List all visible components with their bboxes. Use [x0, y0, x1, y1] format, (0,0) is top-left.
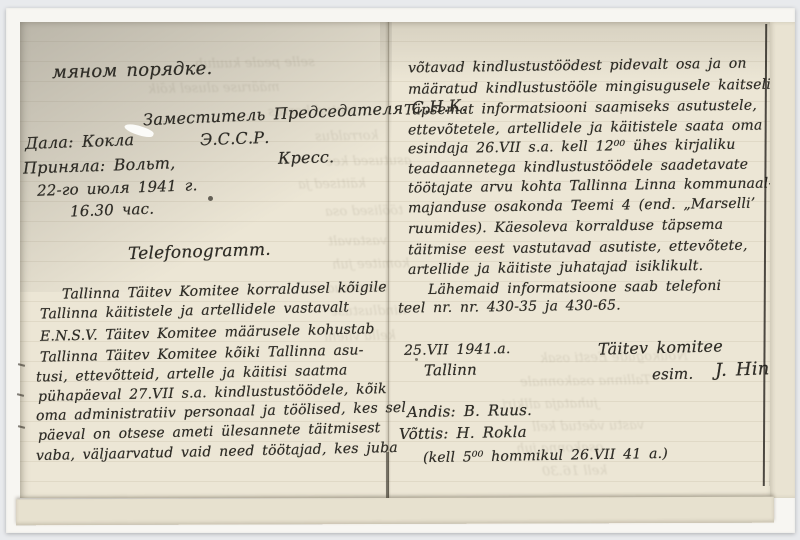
bleedthrough-text: selle peale kuulub — [195, 55, 315, 72]
bleedthrough-text: asutused kee — [325, 153, 412, 170]
body-line: artellide ja käitiste juhatajad isikliku… — [408, 258, 703, 278]
page-gutter-line — [388, 22, 389, 498]
footer-took-line: Võttis: H. Rokla — [399, 423, 527, 443]
bleedthrough-text: kell 16.30 — [542, 463, 608, 479]
photo-background: selle peale kuulub määruse alusel kõik t… — [0, 0, 800, 540]
received-date-line: 22-го июля 1941 г. — [37, 176, 198, 200]
document-title: Telefonogramm. — [128, 240, 271, 264]
signature-organization: Täitev komitee — [598, 336, 723, 358]
page-edge-mark — [18, 425, 25, 429]
bleedthrough-text: määruse alusel kõik — [148, 80, 280, 97]
body-line: päeval on otsese ameti ülesannete täitmi… — [38, 420, 381, 444]
body-line: ettevõtetele, artellidele ja käitistele … — [408, 118, 763, 139]
body-line: vaba, väljaarvatud vaid need töötajad, k… — [36, 440, 398, 464]
received-time-line: 16.30 час. — [70, 200, 155, 221]
body-line: teadaannetega kindlustustöödele saadetav… — [408, 157, 748, 178]
bleedthrough-text: Tallinna osakonnale — [520, 373, 651, 390]
ink-speck — [415, 358, 418, 361]
date-place-date: 25.VII 1941.a. — [404, 341, 511, 359]
official-sender-org: Э.С.С.Р. — [200, 128, 270, 149]
bleedthrough-text: vastavalt — [328, 233, 387, 249]
footer-time-line: (kell 5⁰⁰ hommikul 26.VII 41 a.) — [423, 446, 668, 466]
page-edge-mark — [17, 393, 24, 397]
body-line: ruumides). Käesoleva korralduse täpsema — [408, 217, 723, 237]
underlying-page-edge — [770, 22, 795, 498]
body-line: Tallinna Täitev Komitee kõiki Tallinna a… — [40, 342, 364, 365]
bleedthrough-text: töölised osa — [325, 203, 404, 219]
gave-line: Дала: Кокла — [25, 130, 135, 153]
body-line: teel nr. nr. 430-35 ja 430-65. — [398, 297, 621, 316]
body-line: töötajate arvu kohta Tallinna Linna komm… — [408, 175, 774, 196]
signature-role: esim. — [652, 365, 694, 384]
official-sender-name: Кресс. — [278, 147, 335, 167]
bleedthrough-text: käitised ja — [298, 176, 366, 192]
ink-speck — [620, 112, 622, 114]
page-edge-mark — [18, 363, 25, 367]
body-line: E.N.S.V. Täitev Komitee määrusele kohust… — [40, 321, 375, 345]
page-gutter-fold-mark — [386, 452, 389, 498]
body-line: võtavad kindlustustöödest pidevalt osa j… — [408, 56, 747, 77]
bleedthrough-text: korraldus — [315, 128, 379, 144]
ink-speck — [208, 196, 213, 201]
body-line: Tallinna käitistele ja artellidele vasta… — [40, 299, 349, 322]
body-line: esindaja 26.VII s.a. kell 12⁰⁰ ühes kirj… — [408, 137, 736, 158]
notebook-spread: selle peale kuulub määruse alusel kõik t… — [20, 22, 770, 498]
bleedthrough-text: vastu võetud kell — [532, 418, 645, 435]
notebook-bottom-edge — [16, 497, 774, 526]
body-line: täitmise eest vastutavad asutiste, ettev… — [408, 238, 748, 259]
body-line: majanduse osakonda Teemi 4 (end. „Marsel… — [408, 196, 756, 217]
date-place-city: Tallinn — [424, 361, 477, 380]
received-line: Приняла: Вольт, — [23, 153, 176, 177]
bleedthrough-text: komitee juh — [332, 256, 410, 272]
footer-gave-line: Andis: B. Ruus. — [407, 401, 532, 421]
document-photo: selle peale kuulub määruse alusel kõik t… — [6, 8, 795, 533]
handwritten-fragment: мяном порядке. — [52, 58, 213, 83]
body-line: Lähemaid informatsioone saab telefoni — [428, 278, 721, 298]
body-line: määratud kindlustustööle mingisugusele k… — [408, 76, 795, 98]
